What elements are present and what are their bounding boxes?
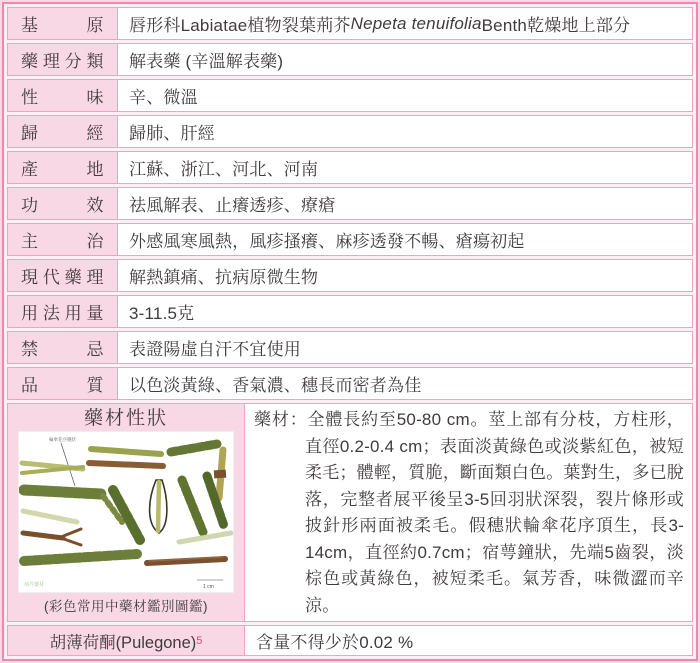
scale-bar-label: 1 cm (203, 584, 214, 590)
origin-latin-name: Nepeta tenuifolia (351, 14, 482, 34)
row-value: 解熱鎮痛、抗病原微生物 (118, 260, 692, 291)
row-label: 品質 (8, 368, 118, 399)
row-label-text: 性味 (8, 83, 117, 108)
table-row: 現代藥理 解熱鎮痛、抗病原微生物 (7, 259, 693, 292)
table-row: 功效 祛風解表、止癢透疹、療瘡 (7, 187, 693, 220)
row-value: 3-11.5克 (118, 296, 692, 327)
row-value: 辛、微溫 (118, 80, 692, 111)
row-label-text: 品質 (8, 371, 117, 396)
table-row: 禁忌 表證陽虛自汗不宜使用 (7, 331, 693, 364)
photo-source-caption: (彩色常用中藥材鑑別圖鑑) (44, 595, 208, 615)
table-row: 產地 江蘇、浙江、河北、河南 (7, 151, 693, 184)
row-label: 現代藥理 (8, 260, 118, 291)
row-label: 用法用量 (8, 296, 118, 327)
row-label-text: 功效 (8, 191, 117, 216)
row-label-text: 禁忌 (8, 335, 117, 360)
row-label-text: 主治 (8, 227, 117, 252)
row-label: 產地 (8, 152, 118, 183)
photo-caption: 荊芥藥材 (24, 581, 44, 588)
table-row: 藥理分類 解表藥 (辛溫解表藥) (7, 43, 693, 76)
herb-appearance-description: 藥材：全體長約至50-80 cm。莖上部有分枝，方柱形，直徑0.2-0.4 cm… (245, 404, 692, 621)
row-label-text: 基原 (8, 11, 117, 36)
row-label: 性味 (8, 80, 118, 111)
row-label-text: 歸經 (8, 119, 117, 144)
photo-annotation-label: 輪傘花序穗狀 (49, 436, 76, 443)
herb-description-text: 藥材：全體長約至50-80 cm。莖上部有分枝，方柱形，直徑0.2-0.4 cm… (254, 407, 684, 619)
row-value: 解表藥 (辛溫解表藥) (118, 44, 692, 75)
herb-monograph-table: 基原 唇形科Labiatae植物裂葉荊芥Nepeta tenuifolia Be… (2, 2, 698, 661)
origin-text-pre: 唇形科Labiatae植物裂葉荊芥 (129, 11, 351, 36)
table-row: 基原 唇形科Labiatae植物裂葉荊芥Nepeta tenuifolia Be… (7, 7, 693, 40)
marker-name: 胡薄荷酮(Pulegone) (50, 629, 197, 653)
row-value: 表證陽虛自汗不宜使用 (118, 332, 692, 363)
row-label: 藥理分類 (8, 44, 118, 75)
row-label-text: 現代藥理 (8, 263, 117, 288)
marker-requirement: 含量不得少於0.02 % (245, 626, 692, 655)
table-row: 歸經 歸肺、肝經 (7, 115, 693, 148)
row-label: 主治 (8, 224, 118, 255)
row-label-text: 產地 (8, 155, 117, 180)
herb-appearance-row: 藥材性狀 輪傘花序穗狀 (7, 403, 693, 622)
origin-text-post: Benth乾燥地上部分 (482, 11, 631, 36)
table-row: 性味 辛、微溫 (7, 79, 693, 112)
herb-specimen-photo: 輪傘花序穗狀 (19, 432, 233, 592)
table-row: 主治 外感風寒風熱，風疹搔癢、麻疹透發不暢、瘡瘍初起 (7, 223, 693, 256)
row-label: 禁忌 (8, 332, 118, 363)
marker-content-row: 胡薄荷酮(Pulegone)5 含量不得少於0.02 % (7, 625, 693, 656)
herb-appearance-left-panel: 藥材性狀 輪傘花序穗狀 (8, 404, 245, 621)
row-value: 外感風寒風熱，風疹搔癢、麻疹透發不暢、瘡瘍初起 (118, 224, 692, 255)
herb-appearance-title: 藥材性狀 (84, 407, 168, 431)
row-value: 唇形科Labiatae植物裂葉荊芥Nepeta tenuifolia Benth… (118, 8, 692, 39)
row-value: 歸肺、肝經 (118, 116, 692, 147)
row-value: 江蘇、浙江、河北、河南 (118, 152, 692, 183)
row-label: 功效 (8, 188, 118, 219)
row-value: 祛風解表、止癢透疹、療瘡 (118, 188, 692, 219)
row-label: 基原 (8, 8, 118, 39)
row-label-text: 藥理分類 (8, 47, 117, 72)
row-value: 以色淡黃綠、香氣濃、穗長而密者為佳 (118, 368, 692, 399)
herb-specimens-illustration: 輪傘花序穗狀 (19, 432, 233, 592)
table-row: 品質 以色淡黃綠、香氣濃、穗長而密者為佳 (7, 367, 693, 400)
row-label-text: 用法用量 (8, 299, 117, 324)
marker-name-cell: 胡薄荷酮(Pulegone)5 (8, 626, 245, 655)
row-label: 歸經 (8, 116, 118, 147)
table-row: 用法用量 3-11.5克 (7, 295, 693, 328)
